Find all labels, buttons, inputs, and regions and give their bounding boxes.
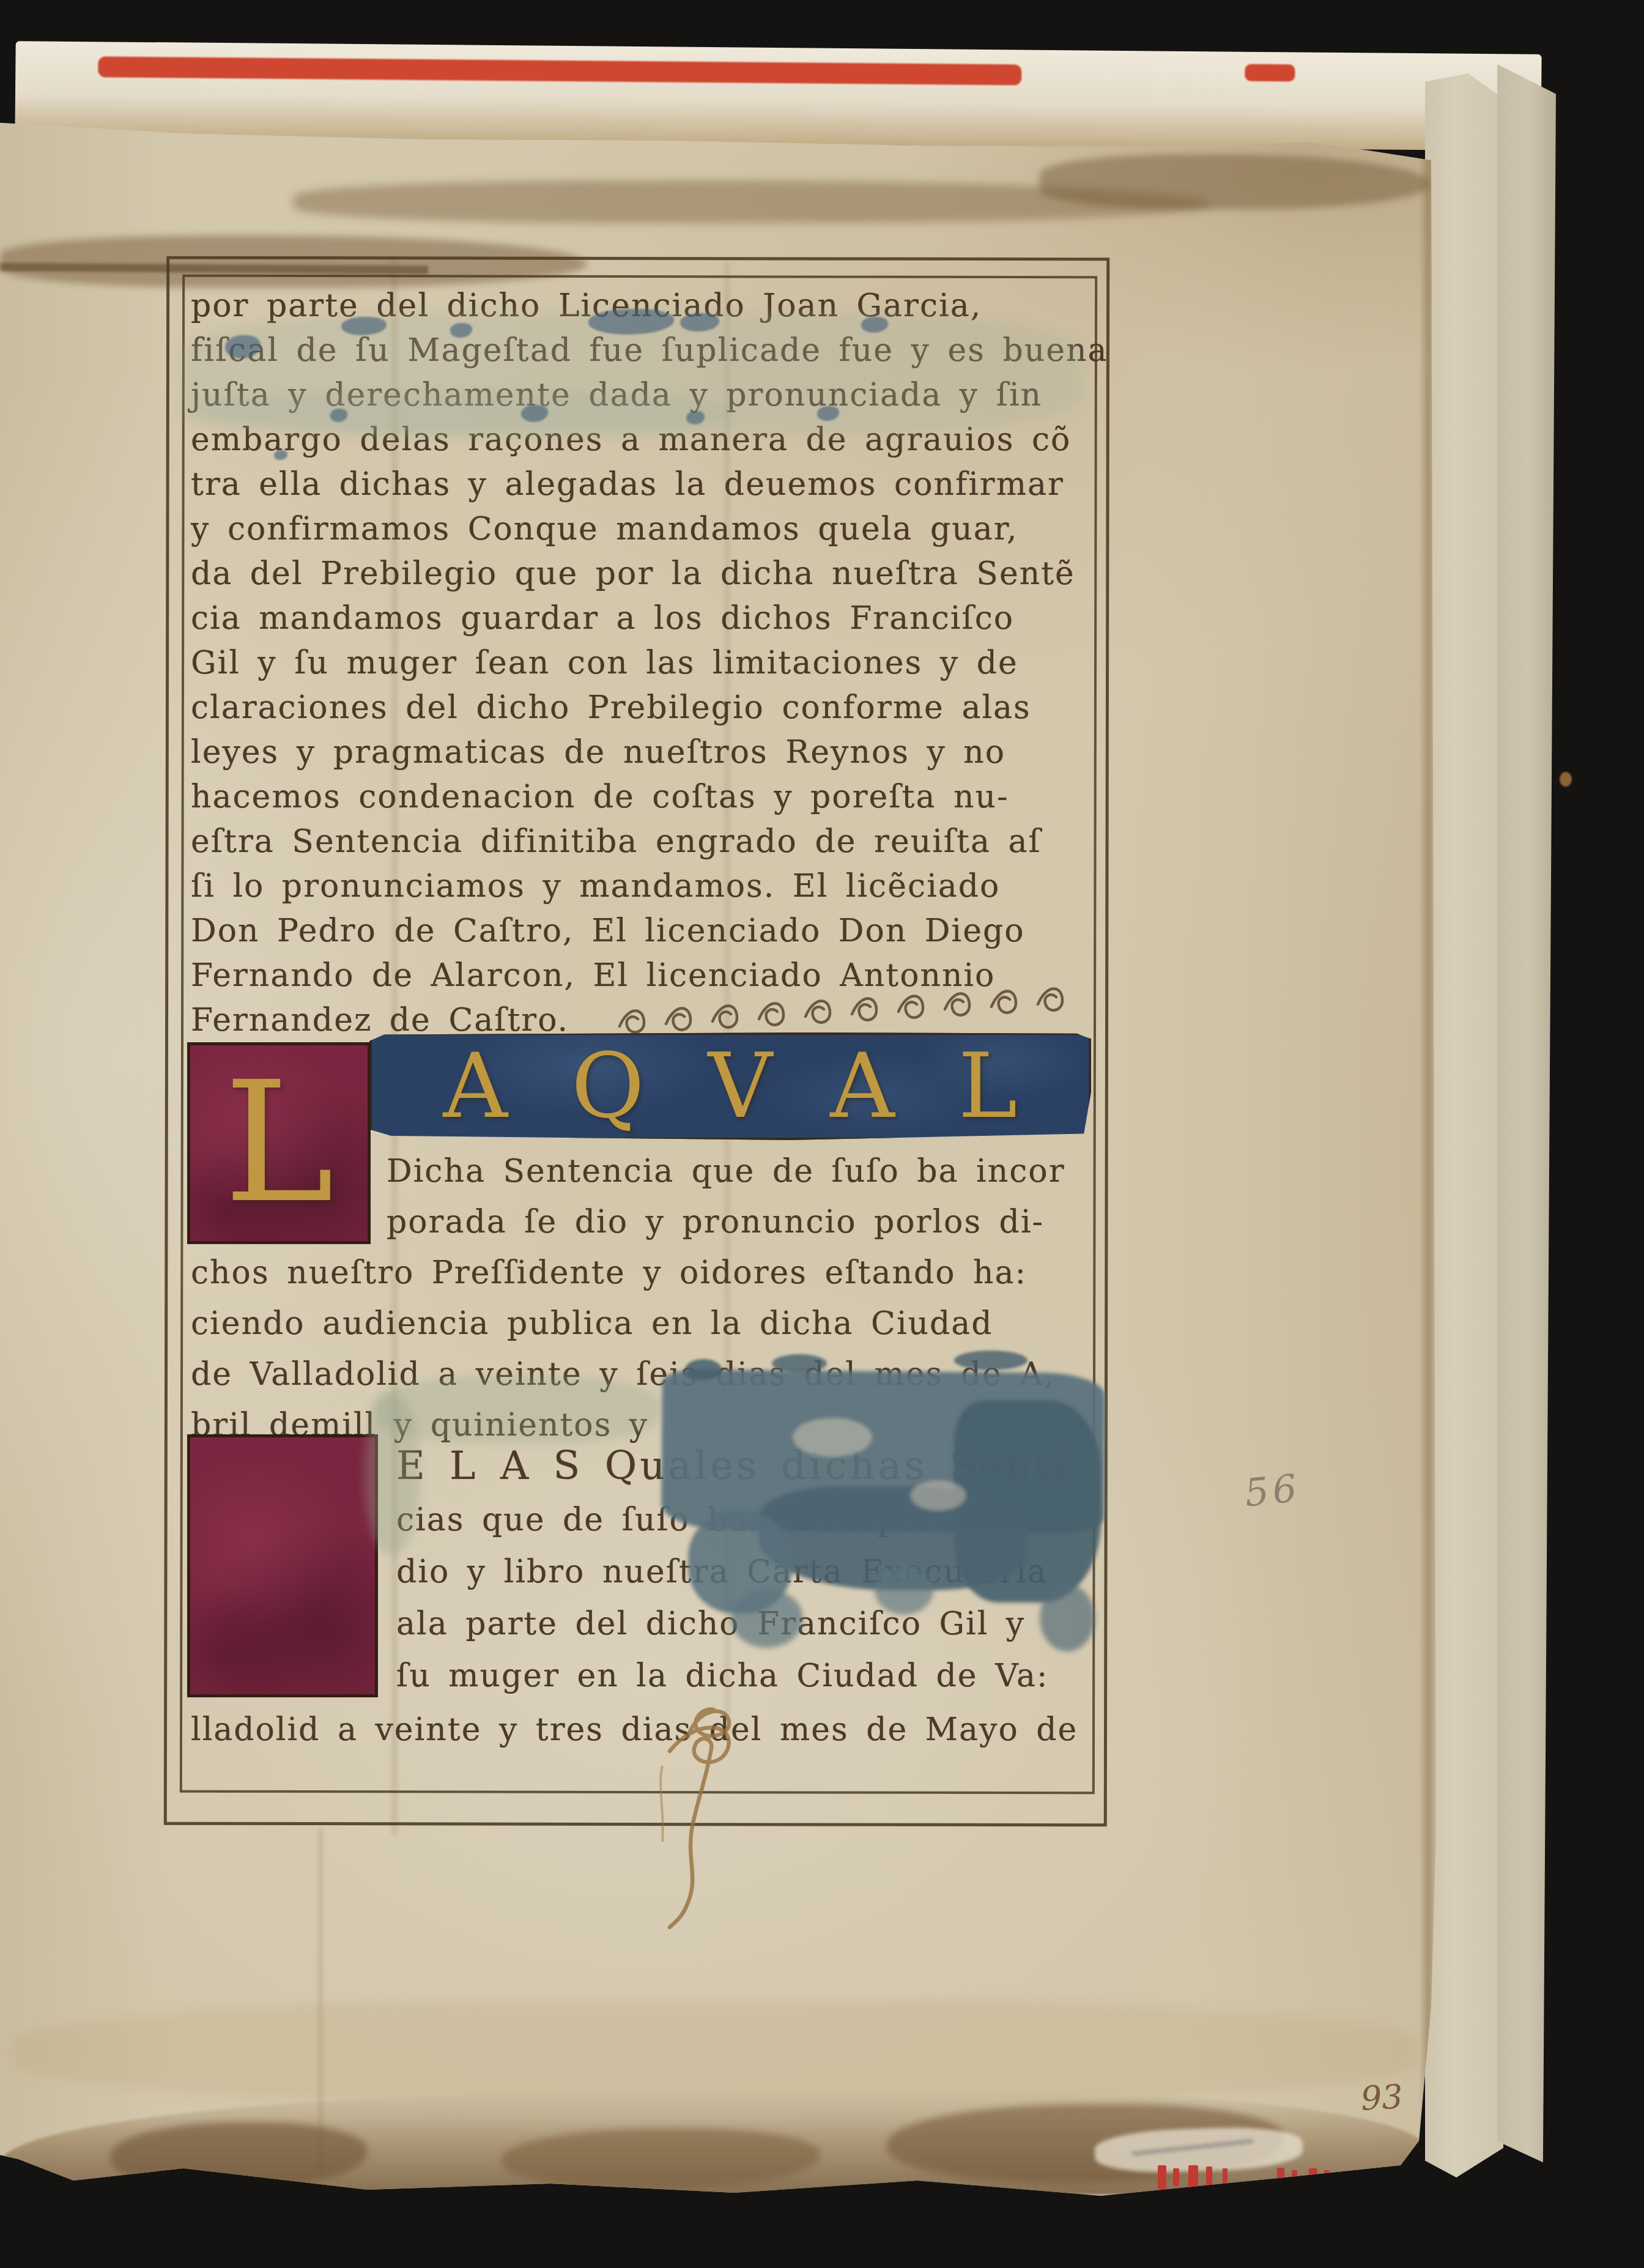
text-line: y confirmamos Conque mandamos quela guar… — [191, 511, 1018, 547]
text-line: hacemos condenacion de coſtas y poreſta … — [191, 779, 1009, 815]
faded-wash — [183, 391, 734, 434]
red-drip — [1292, 2170, 1297, 2187]
text-line: claraciones del dicho Prebilegio conform… — [191, 689, 1031, 726]
illuminated-initial-D — [187, 1434, 378, 1697]
pigment-offset-stain — [731, 1589, 803, 1648]
pigment-offset-stain — [954, 1351, 1027, 1370]
notarial-flourish — [621, 1697, 761, 1930]
text-line: ala parte del dicho Franciſco Gil y — [396, 1606, 1025, 1642]
text-line: chos nueſtro Preſſidente y oidores eſtan… — [191, 1254, 1027, 1291]
red-drip — [1173, 2168, 1179, 2187]
text-line: ciendo audiencia publica en la dicha Ciu… — [191, 1305, 993, 1342]
text-line: eſtra Sentencia difinitiba engrado de re… — [191, 823, 1042, 860]
red-drip — [1206, 2166, 1212, 2187]
book-fore-edge — [1497, 64, 1556, 2179]
bottom-tide-stain — [12, 2000, 1419, 2104]
debris-speck — [1560, 772, 1572, 787]
stain-streak — [1040, 154, 1431, 209]
text-line: da del Prebilegio que por la dicha nueſt… — [191, 555, 1075, 592]
ink-folio-number: 93 — [1360, 2077, 1404, 2118]
red-drip — [1309, 2168, 1317, 2193]
red-drip — [1324, 2170, 1329, 2185]
pigment-offset-stain — [685, 1359, 722, 1380]
text-line: ſi lo pronunciamos y mandamos. El licẽci… — [191, 868, 1000, 905]
text-line: Dicha Sentencia que de ſuſo ba incor — [387, 1153, 1065, 1190]
text-line: ſu muger en la dicha Ciudad de Va: — [396, 1658, 1048, 1694]
red-drip — [1158, 2165, 1166, 2191]
underlying-page-edge — [1425, 73, 1503, 2177]
illuminated-initial-L: L — [187, 1042, 371, 1244]
red-edge-stripe-segment — [1245, 64, 1295, 82]
stain-gap — [910, 1480, 966, 1511]
gold-initial-L: L — [224, 1060, 335, 1226]
pigment-offset-stain — [1040, 1584, 1095, 1651]
parchment-page: por parte del dicho Licenciado Joan Garc… — [0, 117, 1443, 2197]
red-drip — [1188, 2165, 1198, 2195]
illuminated-banner: AQVAL — [369, 1032, 1091, 1140]
text-line: leyes y pragmaticas de nueſtros Reynos y… — [191, 734, 1005, 771]
text-line: tra ella dichas y alegadas la deuemos co… — [191, 466, 1064, 503]
text-line: Fernando de Alarcon, El licenciado Anton… — [191, 957, 995, 994]
pigment-offset-stain — [772, 1354, 827, 1373]
manuscript-scan: por parte del dicho Licenciado Joan Garc… — [0, 0, 1644, 2268]
page-content: por parte del dicho Licenciado Joan Garc… — [0, 0, 1644, 2268]
red-drip — [1223, 2168, 1227, 2184]
pencil-folio-number: 56 — [1242, 1465, 1302, 1515]
faded-wash — [365, 1395, 420, 1554]
red-drip — [1277, 2168, 1284, 2191]
book-top-edge — [15, 41, 1541, 151]
banner-gold-letters: AQVAL — [372, 1035, 1089, 1138]
pigment-offset-stain — [875, 1566, 933, 1615]
text-line: Fernandez de Caſtro. — [191, 1002, 569, 1039]
text-line: Don Pedro de Caſtro, El licenciado Don D… — [191, 913, 1025, 949]
red-edge-stripe — [98, 56, 1021, 85]
text-line: cia mandamos guardar a los dichos Franci… — [191, 600, 1014, 637]
text-line: Gil y ſu muger ſean con las limitaciones… — [191, 645, 1018, 681]
faded-mark — [1131, 2140, 1253, 2155]
stain-gap — [793, 1418, 872, 1457]
text-line: porada ſe dio y pronuncio porlos di- — [387, 1204, 1044, 1240]
